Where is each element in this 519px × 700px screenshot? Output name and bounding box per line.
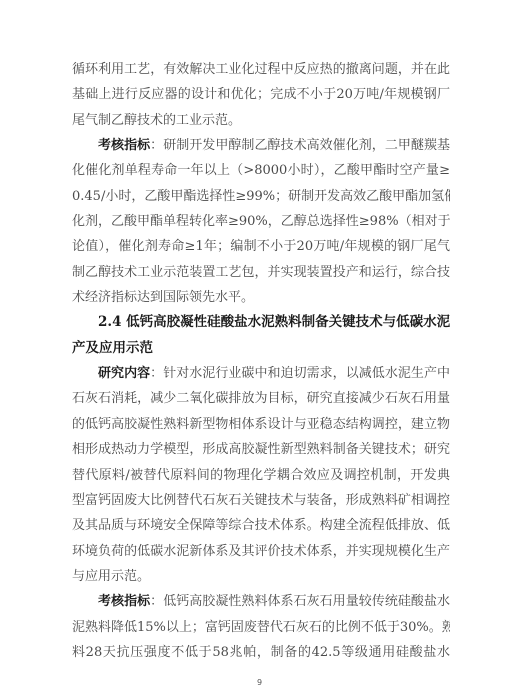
text-line: 0.45/小时，乙酸甲酯选择性≥99%；研制开发高效乙酸甲酯加氢催 [72, 184, 450, 209]
text-line: 化催化剂单程寿命一年以上（>8000小时），乙酸甲酯时空产量≥ [72, 158, 450, 183]
assessment-indicators-label: 考核指标 [98, 138, 150, 153]
assessment-indicators-label: 考核指标 [98, 594, 150, 609]
assessment-indicators-paragraph-start: 考核指标：低钙高胶凝性熟料体系石灰石用量较传统硅酸盐水 [72, 589, 450, 614]
research-content-label: 研究内容 [98, 366, 150, 381]
text-line: 尾气制乙醇技术的工业示范。 [72, 108, 450, 133]
text-line: 料28天抗压强度不低于58兆帕，制备的42.5等级通用硅酸盐水 [72, 640, 450, 665]
assessment-indicators-paragraph-start: 考核指标：研制开发甲醇制乙醇技术高效催化剂，二甲醚羰基 [72, 133, 450, 158]
text-line: 术经济指标达到国际领先水平。 [72, 285, 450, 310]
text-line: 及其品质与环境安全保障等综合技术体系。构建全流程低排放、低 [72, 513, 450, 538]
section-heading-continued: 产及应用示范 [72, 336, 450, 361]
document-body: 循环利用工艺，有效解决工业化过程中反应热的撤离问题，并在此 基础上进行反应器的设… [72, 57, 450, 665]
text-fragment: ：研制开发甲醇制乙醇技术高效催化剂，二甲醚羰基 [150, 138, 450, 153]
text-line: 石灰石消耗，减少二氧化碳排放为目标，研究直接减少石灰石用量 [72, 386, 450, 411]
page-number: 9 [0, 678, 519, 687]
text-line: 化剂，乙酸甲酯单程转化率≥90%，乙醇总选择性≥98%（相对于理 [72, 209, 450, 234]
text-line: 的低钙高胶凝性熟料新型物相体系设计与亚稳态结构调控，建立物 [72, 412, 450, 437]
research-content-paragraph-start: 研究内容：针对水泥行业碳中和迫切需求，以减低水泥生产中 [72, 361, 450, 386]
text-line: 基础上进行反应器的设计和优化；完成不小于20万吨/年规模钢厂 [72, 82, 450, 107]
text-fragment: ：针对水泥行业碳中和迫切需求，以减低水泥生产中 [150, 366, 450, 381]
document-page: 循环利用工艺，有效解决工业化过程中反应热的撤离问题，并在此 基础上进行反应器的设… [0, 0, 519, 700]
text-line: 论值），催化剂寿命≥1年；编制不小于20万吨/年规模的钢厂尾气 [72, 234, 450, 259]
text-line: 泥熟料降低15%以上；富钙固废替代石灰石的比例不低于30%。熟 [72, 615, 450, 640]
text-line: 环境负荷的低碳水泥新体系及其评价技术体系，并实现规模化生产 [72, 539, 450, 564]
section-heading: 2.4 低钙高胶凝性硅酸盐水泥熟料制备关键技术与低碳水泥生 [72, 310, 450, 335]
text-fragment: ：低钙高胶凝性熟料体系石灰石用量较传统硅酸盐水 [150, 594, 450, 609]
text-line: 制乙醇技术工业示范装置工艺包，并实现装置投产和运行，综合技 [72, 260, 450, 285]
text-line: 替代原料/被替代原料间的物理化学耦合效应及调控机制，开发典 [72, 463, 450, 488]
text-line: 相形成热动力学模型，形成高胶凝性新型熟料制备关键技术；研究 [72, 437, 450, 462]
text-line: 与应用示范。 [72, 564, 450, 589]
text-line: 型富钙固废大比例替代石灰石关键技术与装备，形成熟料矿相调控 [72, 488, 450, 513]
text-line: 循环利用工艺，有效解决工业化过程中反应热的撤离问题，并在此 [72, 57, 450, 82]
